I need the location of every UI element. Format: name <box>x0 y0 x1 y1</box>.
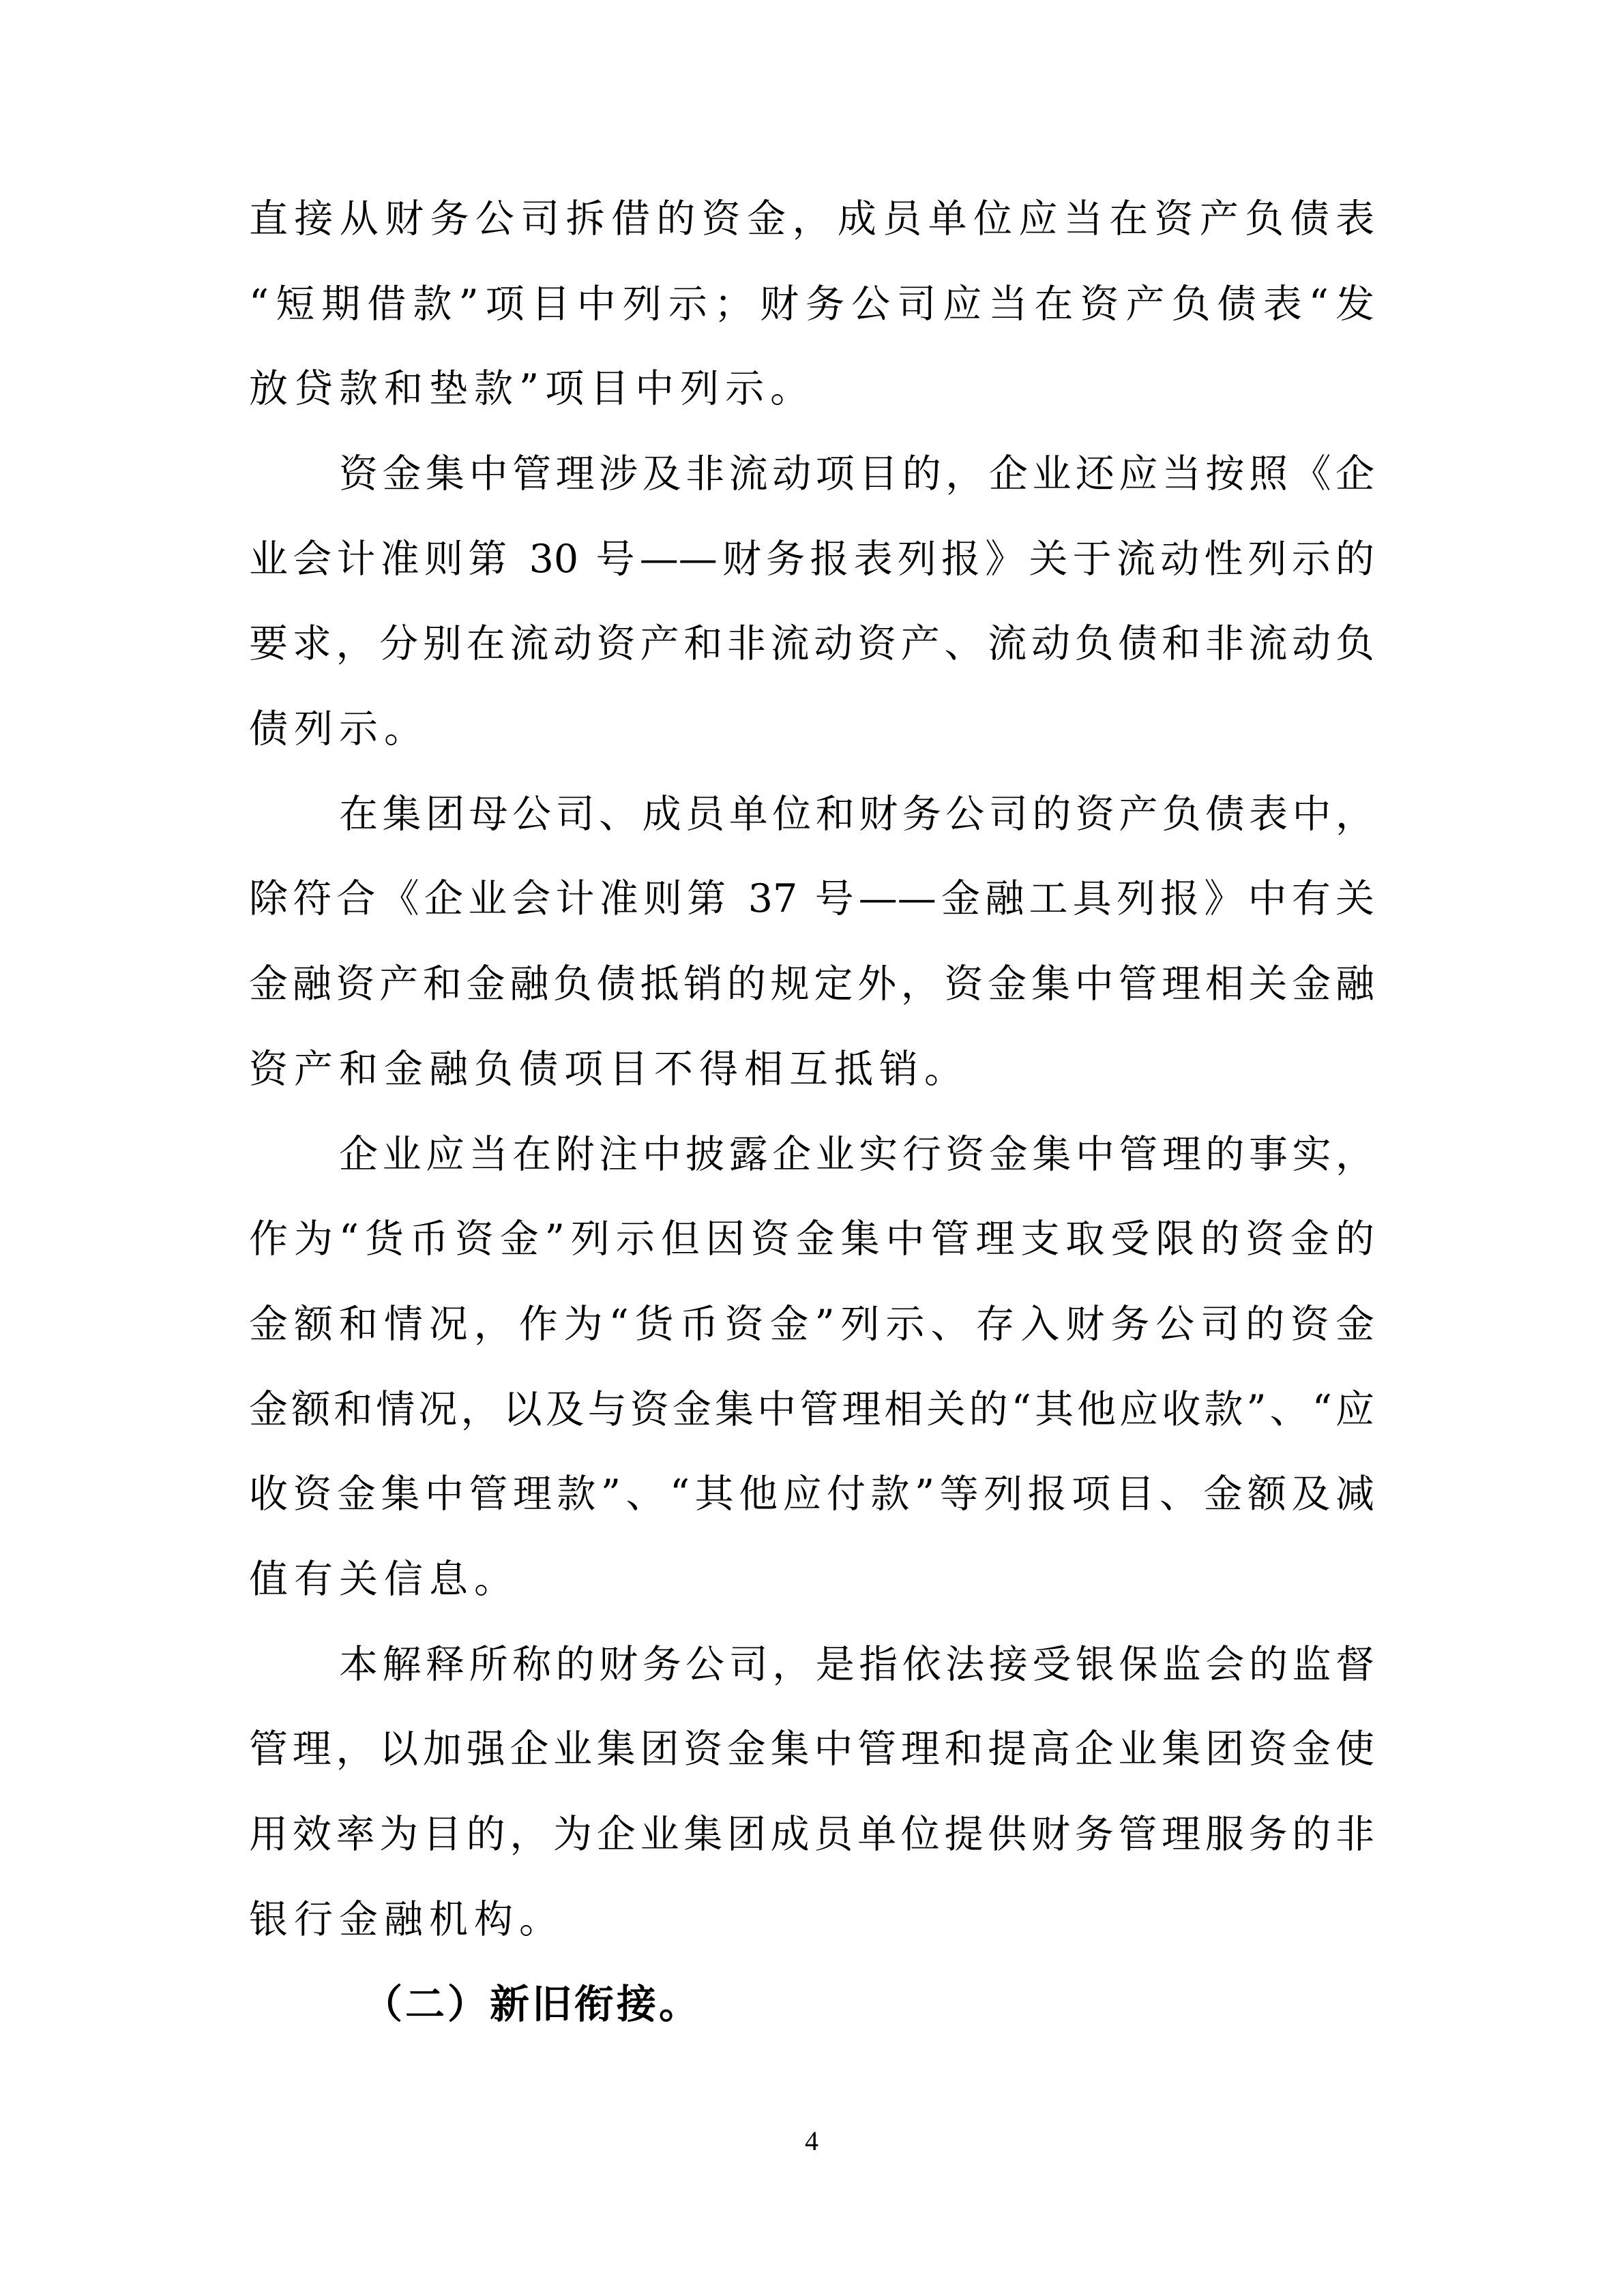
text-line: 收资金集中管理款”、“其他应付款”等列报项目、金额及减 <box>249 1470 1374 1518</box>
text-line: 管理，以加强企业集团资金集中管理和提高企业集团资金使 <box>249 1725 1374 1773</box>
text-line: 金融资产和金融负债抵销的规定外，资金集中管理相关金融 <box>249 960 1374 1008</box>
text-line: “短期借款”项目中列示；财务公司应当在资产负债表“发 <box>249 280 1374 328</box>
page-number: 4 <box>798 2126 825 2156</box>
text-line: 在集团母公司、成员单位和财务公司的资产负债表中， <box>339 790 1374 838</box>
text-line: 本解释所称的财务公司，是指依法接受银保监会的监督 <box>339 1641 1374 1688</box>
text-line: 用效率为目的，为企业集团成员单位提供财务管理服务的非 <box>249 1810 1374 1858</box>
text-line: 业会计准则第 30 号——财务报表列报》关于流动性列示的 <box>249 535 1374 583</box>
text-line: 金额和情况，以及与资金集中管理相关的“其他应收款”、“应 <box>249 1386 1374 1433</box>
text-line: 资金集中管理涉及非流动项目的，企业还应当按照《企 <box>339 450 1374 498</box>
section-heading: （二）新旧衔接。 <box>363 1979 701 2029</box>
text-line: 资产和金融负债项目不得相互抵销。 <box>249 1045 969 1093</box>
text-line: 债列示。 <box>249 705 429 753</box>
text-line: 除符合《企业会计准则第 37 号——金融工具列报》中有关 <box>249 875 1374 923</box>
body-text: 直接从财务公司拆借的资金，成员单位应当在资产负债表 “短期借款”项目中列示；财务… <box>0 0 1624 2296</box>
text-line: 企业应当在附注中披露企业实行资金集中管理的事实， <box>339 1131 1374 1178</box>
document-page: 直接从财务公司拆借的资金，成员单位应当在资产负债表 “短期借款”项目中列示；财务… <box>0 0 1624 2296</box>
text-line: 金额和情况，作为“货币资金”列示、存入财务公司的资金 <box>249 1300 1374 1348</box>
text-line: 作为“货币资金”列示但因资金集中管理支取受限的资金的 <box>249 1215 1374 1263</box>
text-line: 直接从财务公司拆借的资金，成员单位应当在资产负债表 <box>249 195 1374 243</box>
text-line: 放贷款和垫款”项目中列示。 <box>249 365 815 413</box>
text-line: 值有关信息。 <box>249 1555 519 1603</box>
text-line: 要求，分别在流动资产和非流动资产、流动负债和非流动负 <box>249 620 1374 668</box>
text-line: 银行金融机构。 <box>249 1896 564 1943</box>
